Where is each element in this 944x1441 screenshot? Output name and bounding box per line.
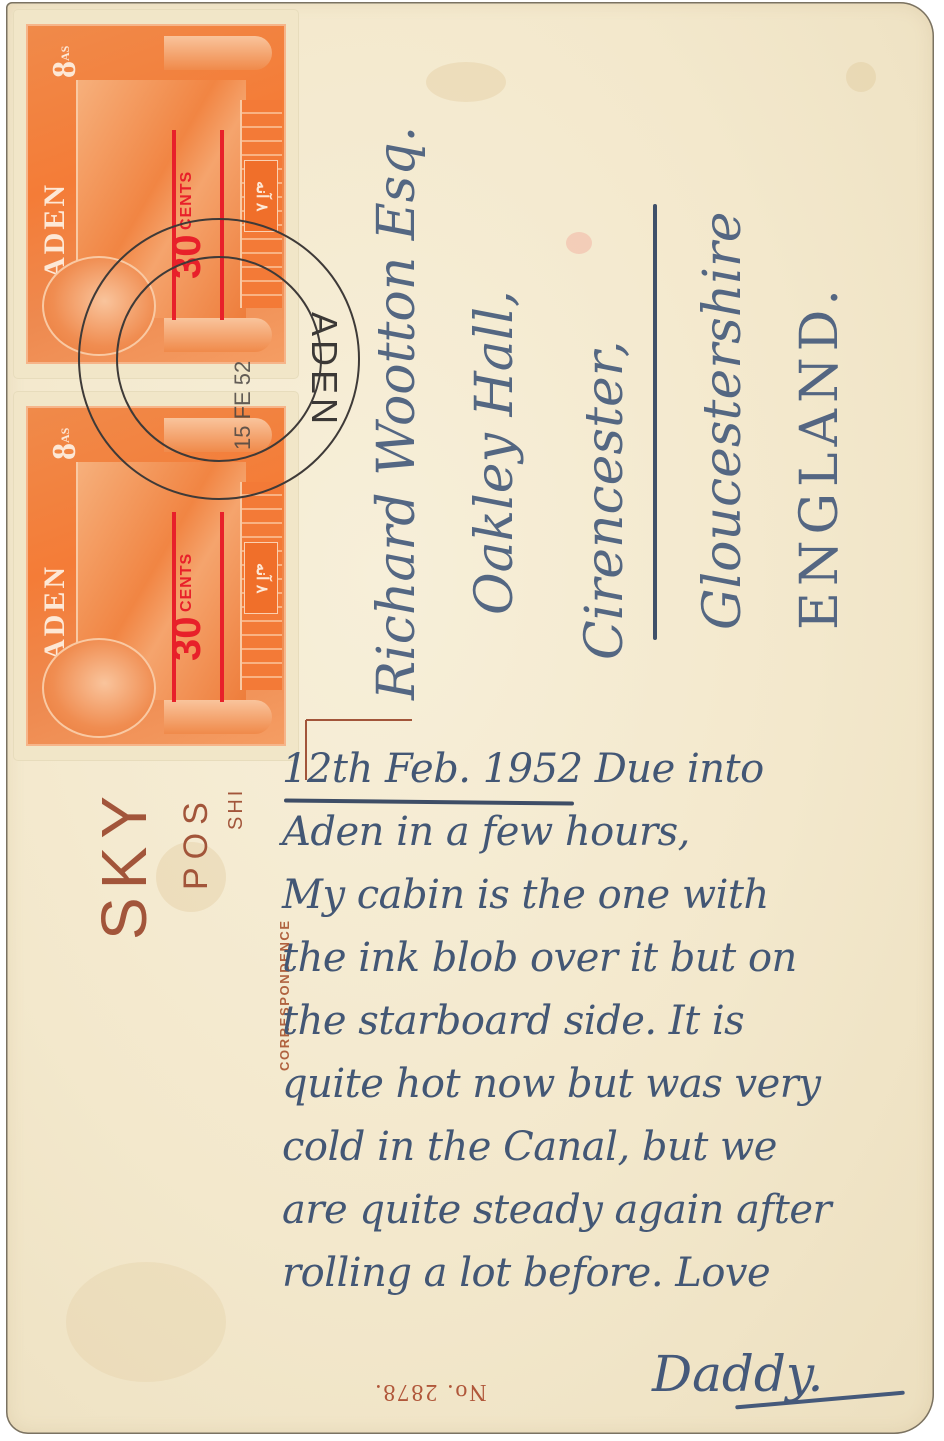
postmark: ADEN 15 FE 52 [78,218,360,500]
stamp-value: 8AS [42,414,88,474]
brand-subtitle-2: SHI [222,770,250,830]
message-line: cold in the Canal, but we [282,1116,922,1179]
foxing-stain [846,62,876,92]
message-body: 12th Feb. 1952 Due into Aden in a few ho… [282,738,922,1305]
message-line: are quite steady again after [282,1179,922,1242]
address-line-house: Oakley Hall, [450,175,540,615]
stamp-surcharge: 30 CENTS [162,517,212,697]
printed-divider-horizontal [306,719,412,721]
stamp-arabic-value: ٨ آنه [244,542,278,614]
foxing-stain [66,1262,226,1382]
card-number: No. 2878. [340,1375,520,1405]
address-line-country: ENGLAND. [775,230,865,630]
message-line: quite hot now but was very [282,1053,922,1116]
brand-subtitle: POS [176,780,216,890]
postmark-inner-ring [116,256,322,462]
postmark-town: ADEN [305,312,345,442]
address-line-county: Gloucestershire [678,190,768,630]
stamp-value: 8AS [42,32,88,92]
signature: Daddy. [652,1345,823,1403]
address-line-name: Richard Wootton Esq. [352,160,442,700]
message-line: My cabin is the one with [282,864,922,927]
message-line: rolling a lot before. Love [282,1242,922,1305]
dagger-icon [164,36,272,70]
message-line: the ink blob over it but on [282,927,922,990]
message-line: Aden in a few hours, [282,801,922,864]
foxing-stain [426,62,506,102]
postmark-date: 15 FE 52 [230,320,270,450]
dagger-icon [164,700,272,734]
message-line: 12th Feb. 1952 Due into [282,738,922,801]
king-portrait-icon [42,638,156,738]
surcharge-bar [220,512,224,702]
brand-name: SKY [84,780,164,940]
message-line: the starboard side. It is [282,990,922,1053]
address-underline [653,204,657,640]
address-line-town: Cirencester, [560,260,650,660]
red-spot-stain [566,232,592,254]
